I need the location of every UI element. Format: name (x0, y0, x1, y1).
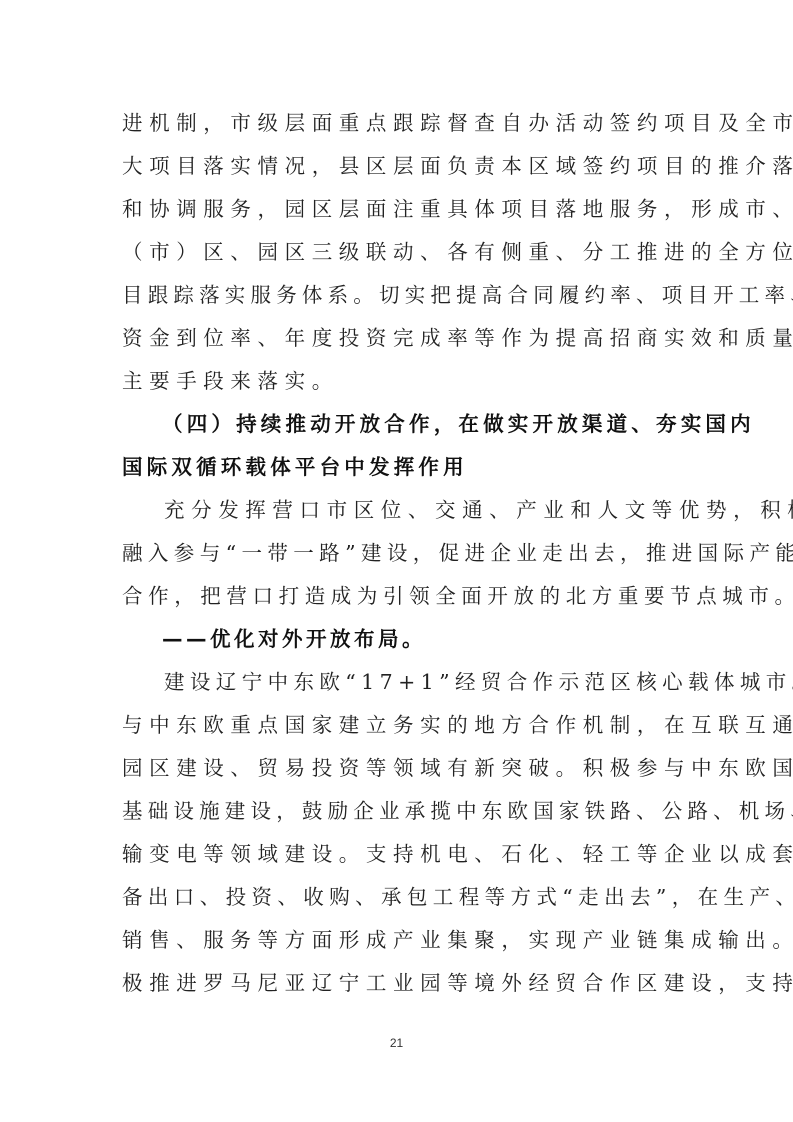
section-heading: （四）持续推动开放合作，在做实开放渠道、夯实国内 (162, 409, 672, 439)
paragraph-line: 基础设施建设，鼓励企业承揽中东欧国家铁路、公路、机场、 (122, 796, 674, 826)
paragraph-line: 和协调服务，园区层面注重具体项目落地服务，形成市、县 (122, 194, 674, 224)
paragraph-line: 资金到位率、年度投资完成率等作为提高招商实效和质量的 (122, 323, 674, 353)
page-number: 21 (0, 1036, 793, 1050)
paragraph-line: 输变电等领域建设。支持机电、石化、轻工等企业以成套设 (122, 839, 674, 869)
subsection-heading: ——优化对外开放布局。 (162, 624, 714, 654)
paragraph-line: 园区建设、贸易投资等领域有新突破。积极参与中东欧国家 (122, 753, 674, 783)
section-heading-continued: 国际双循环载体平台中发挥作用 (122, 452, 674, 482)
paragraph-line: 进机制，市级层面重点跟踪督查自办活动签约项目及全市重 (122, 108, 674, 138)
paragraph-line: （市）区、园区三级联动、各有侧重、分工推进的全方位项 (122, 237, 674, 267)
document-page: 进机制，市级层面重点跟踪督查自办活动签约项目及全市重 大项目落实情况，县区层面负… (0, 0, 793, 1122)
paragraph-line: 大项目落实情况，县区层面负责本区域签约项目的推介落实 (122, 151, 674, 181)
paragraph-line: 主要手段来落实。 (122, 366, 674, 396)
paragraph-line: 融入参与“一带一路”建设，促进企业走出去，推进国际产能 (122, 538, 674, 568)
paragraph-line: 合作，把营口打造成为引领全面开放的北方重要节点城市。 (122, 581, 674, 611)
paragraph-line: 目跟踪落实服务体系。切实把提高合同履约率、项目开工率、 (122, 280, 674, 310)
paragraph-line: 销售、服务等方面形成产业集聚，实现产业链集成输出。积 (122, 925, 674, 955)
paragraph-line: 极推进罗马尼亚辽宁工业园等境外经贸合作区建设，支持营 (122, 968, 674, 998)
paragraph-line: 与中东欧重点国家建立务实的地方合作机制，在互联互通、 (122, 710, 674, 740)
paragraph-line: 建设辽宁中东欧“17+1”经贸合作示范区核心载体城市。 (164, 667, 674, 697)
paragraph-line: 充分发挥营口市区位、交通、产业和人文等优势，积极 (164, 495, 674, 525)
paragraph-line: 备出口、投资、收购、承包工程等方式“走出去”，在生产、 (122, 882, 674, 912)
